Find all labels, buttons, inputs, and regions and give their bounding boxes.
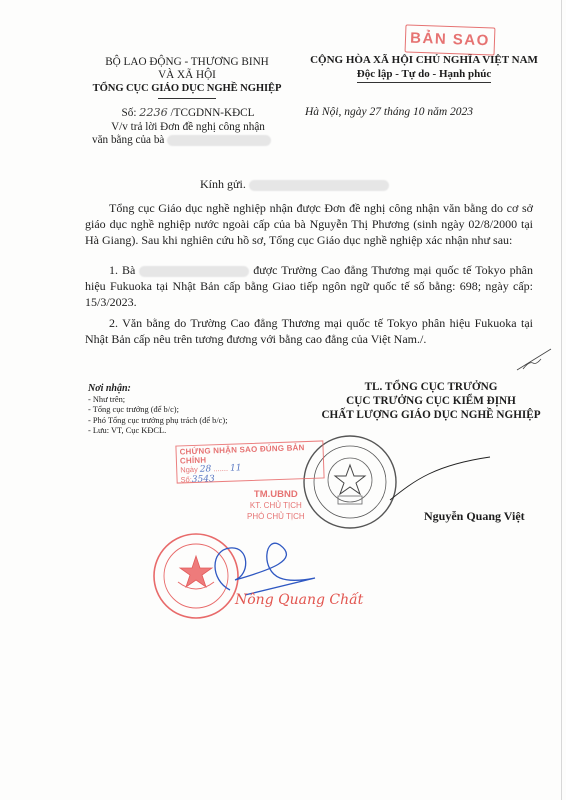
signer-name: Nguyễn Quang Việt	[424, 509, 525, 524]
authority-role-1: KT. CHỦ TỊCH	[247, 500, 305, 511]
recipient-item: - Tổng cục trưởng (để b/c);	[88, 405, 228, 416]
cert-number-label: Số:	[180, 475, 192, 484]
initial-mark-icon	[515, 345, 555, 375]
certifier-name: Nông Quang Chất	[235, 592, 363, 608]
authority-role-2: PHÓ CHỦ TỊCH	[247, 511, 305, 522]
signature-line-1: TL. TỔNG CỤC TRƯỞNG	[300, 380, 562, 394]
ministry-line-2: VÀ XÃ HỘI	[92, 69, 282, 82]
cert-day-label: Ngày	[180, 465, 198, 475]
national-motto: Độc lập - Tự do - Hạnh phúc	[357, 67, 491, 83]
subject-line-2: văn bằng của bà	[92, 134, 164, 146]
department-name: TỔNG CỤC GIÁO DỤC NGHỀ NGHIỆP	[92, 82, 282, 95]
body-item-1: 1. Bà được Trường Cao đẳng Thương mại qu…	[85, 262, 533, 310]
signature-block: TL. TỔNG CỤC TRƯỞNG CỤC TRƯỞNG CỤC KIỂM …	[300, 380, 562, 422]
signature-line-3: CHẤT LƯỢNG GIÁO DỤC NGHỀ NGHIỆP	[300, 408, 562, 422]
ministry-line-1: BỘ LAO ĐỘNG - THƯƠNG BINH	[92, 56, 282, 69]
cert-number: 3543	[192, 474, 215, 485]
copy-stamp: BẢN SAO	[405, 24, 496, 55]
authority-stamp: TM.UBND KT. CHỦ TỊCH PHÓ CHỦ TỊCH	[247, 489, 305, 522]
national-header: CỘNG HÒA XÃ HỘI CHỦ NGHĨA VIỆT NAM Độc l…	[288, 53, 560, 83]
cert-day: 28	[200, 464, 212, 474]
body-paragraph-1: Tổng cục Giáo dục nghề nghiệp nhận được …	[85, 200, 533, 248]
salutation-text: Kính gửi.	[200, 177, 246, 191]
issuer-header: BỘ LAO ĐỘNG - THƯƠNG BINH VÀ XÃ HỘI TỔNG…	[92, 56, 282, 99]
subject-line-1: V/v trả lời Đơn đề nghị công nhận	[88, 121, 288, 135]
reference-prefix: Số:	[122, 107, 140, 119]
signature-director-icon	[385, 455, 495, 505]
item2-text: 2. Văn bằng do Trường Cao đẳng Thương mạ…	[85, 315, 533, 347]
signature-line-2: CỤC TRƯỞNG CỤC KIỂM ĐỊNH	[300, 394, 562, 408]
redacted-recipient	[249, 180, 389, 191]
recipients-title: Nơi nhận:	[88, 384, 228, 395]
redacted-name	[139, 266, 249, 277]
document-reference: Số: 2236 /TCGDNN-KĐCL V/v trả lời Đơn đề…	[88, 106, 288, 148]
paragraph-text: Tổng cục Giáo dục nghề nghiệp nhận được …	[85, 200, 533, 248]
authority-name: TM.UBND	[247, 489, 305, 500]
country-name: CỘNG HÒA XÃ HỘI CHỦ NGHĨA VIỆT NAM	[288, 53, 560, 67]
item1-prefix: 1. Bà	[109, 263, 139, 277]
recipients-list: Nơi nhận: - Như trên; - Tổng cục trưởng …	[88, 384, 228, 437]
redacted-name	[167, 135, 271, 146]
header-divider	[158, 98, 216, 99]
signature-certifier-icon	[210, 540, 320, 600]
salutation: Kính gửi.	[200, 177, 389, 192]
reference-number: 2236	[139, 106, 167, 119]
recipient-item: - Lưu: VT, Cục KĐCL.	[88, 426, 228, 437]
cert-month: 11	[230, 463, 242, 473]
reference-code: /TCGDNN-KĐCL	[168, 107, 255, 119]
certification-stamp: CHỨNG NHẬN SAO ĐÚNG BẢN CHÍNH Ngày 28 ..…	[175, 440, 324, 483]
body-item-2: 2. Văn bằng do Trường Cao đẳng Thương mạ…	[85, 315, 533, 347]
recipient-item: - Phó Tổng cục trưởng phụ trách (để b/c)…	[88, 416, 228, 427]
recipient-item: - Như trên;	[88, 395, 228, 406]
date-line: Hà Nội, ngày 27 tháng 10 năm 2023	[305, 106, 473, 118]
